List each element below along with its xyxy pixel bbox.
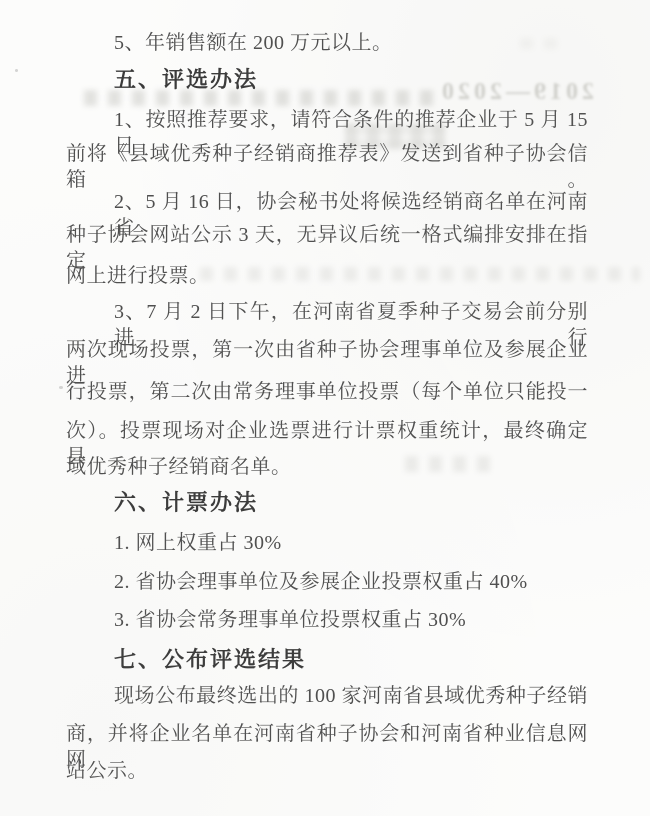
text-line-weight-online: 1. 网上权重占 30% bbox=[66, 530, 588, 556]
text-line: 前将《县域优秀种子经销商推荐表》发送到省种子协会信箱。 bbox=[66, 141, 588, 193]
text-line: 行投票，第二次由常务理事单位投票（每个单位只能投一 bbox=[66, 379, 588, 405]
text-line-item-5: 5、年销售额在 200 万元以上。 bbox=[66, 30, 588, 56]
section-heading-6: 六、计票办法 bbox=[66, 490, 588, 516]
text-line-weight-members: 2. 省协会理事单位及参展企业投票权重占 40% bbox=[66, 569, 588, 595]
text-line: 域优秀种子经销商名单。 bbox=[66, 454, 588, 480]
text-line-weight-directors: 3. 省协会常务理事单位投票权重占 30% bbox=[66, 607, 588, 633]
scan-speck bbox=[59, 386, 63, 389]
section-heading-5: 五、评选办法 bbox=[66, 67, 588, 93]
text-line: 站公示。 bbox=[66, 758, 588, 784]
scan-speck bbox=[15, 69, 18, 72]
text-line: 网上进行投票。 bbox=[66, 263, 588, 289]
section-heading-7: 七、公布评选结果 bbox=[66, 647, 588, 673]
text-line: 现场公布最终选出的 100 家河南省县域优秀种子经销 bbox=[66, 683, 588, 709]
scanned-document-page: 2019—2020 5、年销售额在 200 万元以上。 五、评选办法 1、按照推… bbox=[0, 0, 650, 816]
